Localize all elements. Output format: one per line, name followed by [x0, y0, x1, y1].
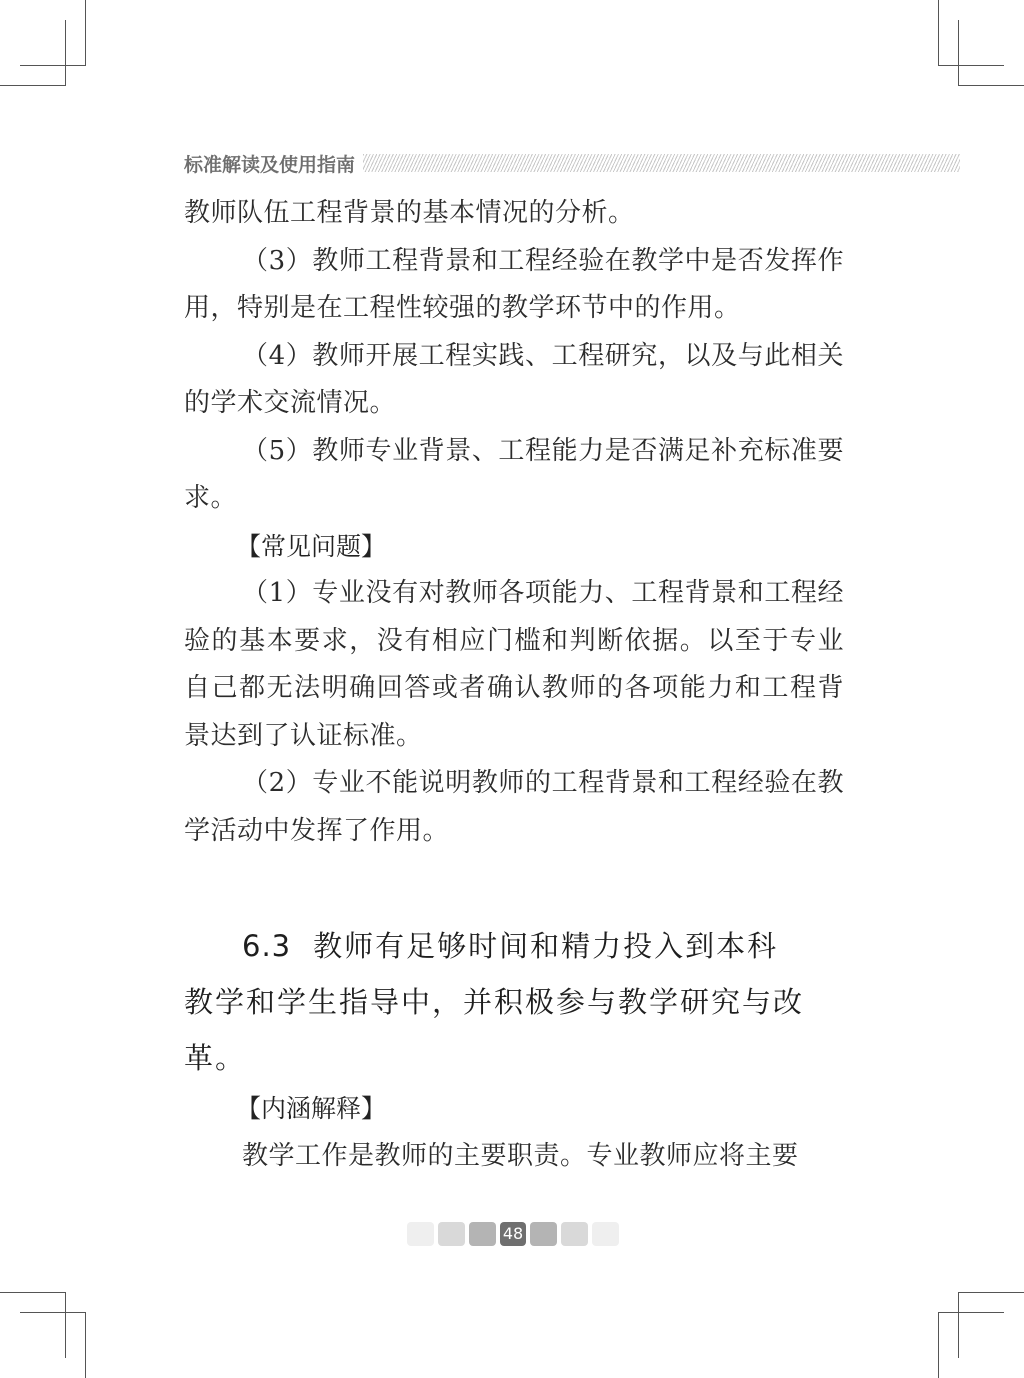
- section-title-line-2: 教学和学生指导中，并积极参与教学研究与改: [184, 974, 844, 1030]
- pager-segment: [530, 1222, 557, 1246]
- paragraph-item-3: （3）教师工程背景和工程经验在教学中是否发挥作用，特别是在工程性较强的教学环节中…: [184, 238, 844, 333]
- crop-mark-bottom-left-v1: [65, 1292, 66, 1358]
- pager-segment: [561, 1222, 588, 1246]
- running-head-hatch-bar: [363, 154, 960, 172]
- crop-mark-bottom-right-v2: [938, 1312, 939, 1378]
- crop-mark-top-right-h2: [958, 85, 1024, 86]
- pager-segment: [592, 1222, 619, 1246]
- crop-mark-bottom-left-v2: [85, 1312, 86, 1378]
- running-head: 标准解读及使用指南: [184, 150, 960, 176]
- pager-segment: [469, 1222, 496, 1246]
- common-issues-heading: 【常见问题】: [178, 523, 844, 571]
- page-number-bar: 48: [407, 1222, 619, 1246]
- crop-mark-bottom-right-h2: [938, 1312, 1004, 1313]
- common-issue-2: （2）专业不能说明教师的工程背景和工程经验在教学活动中发挥了作用。: [184, 760, 844, 855]
- crop-mark-bottom-right-v1: [958, 1292, 959, 1358]
- interpretation-heading: 【内涵解释】: [178, 1085, 844, 1133]
- crop-mark-top-right-v2: [958, 20, 959, 86]
- section-heading: 6.3教师有足够时间和精力投入到本科 教学和学生指导中，并积极参与教学研究与改 …: [184, 918, 844, 1086]
- crop-mark-top-right-v1: [938, 0, 939, 66]
- section-title-line-3: 革。: [184, 1030, 844, 1086]
- crop-mark-bottom-right-h1: [958, 1292, 1024, 1293]
- crop-mark-top-left-v1: [85, 0, 86, 66]
- crop-mark-top-left-h1: [20, 65, 86, 66]
- pager-segment: [438, 1222, 465, 1246]
- section-title-text-1: 教师有足够时间和精力投入到本科: [313, 929, 778, 963]
- crop-mark-top-left-h2: [0, 85, 66, 86]
- body-text: 教师队伍工程背景的基本情况的分析。 （3）教师工程背景和工程经验在教学中是否发挥…: [184, 190, 844, 855]
- interpretation-paragraph: 教学工作是教师的主要职责。专业教师应将主要: [184, 1133, 844, 1181]
- crop-mark-bottom-left-h2: [20, 1312, 86, 1313]
- crop-mark-top-right-h1: [938, 65, 1004, 66]
- paragraph-continuation: 教师队伍工程背景的基本情况的分析。: [184, 190, 844, 238]
- page-number: 48: [500, 1222, 526, 1246]
- common-issue-1: （1）专业没有对教师各项能力、工程背景和工程经验的基本要求，没有相应门槛和判断依…: [184, 570, 844, 760]
- interpretation-block: 【内涵解释】 教学工作是教师的主要职责。专业教师应将主要: [184, 1085, 844, 1180]
- section-number: 6.3: [242, 929, 291, 963]
- crop-mark-bottom-left-h1: [0, 1292, 66, 1293]
- section-title-line-1: 6.3教师有足够时间和精力投入到本科: [184, 918, 844, 974]
- crop-mark-top-left-v2: [65, 20, 66, 86]
- paragraph-item-4: （4）教师开展工程实践、工程研究，以及与此相关的学术交流情况。: [184, 333, 844, 428]
- paragraph-item-5: （5）教师专业背景、工程能力是否满足补充标准要求。: [184, 428, 844, 523]
- running-head-title: 标准解读及使用指南: [184, 150, 355, 177]
- pager-segment: [407, 1222, 434, 1246]
